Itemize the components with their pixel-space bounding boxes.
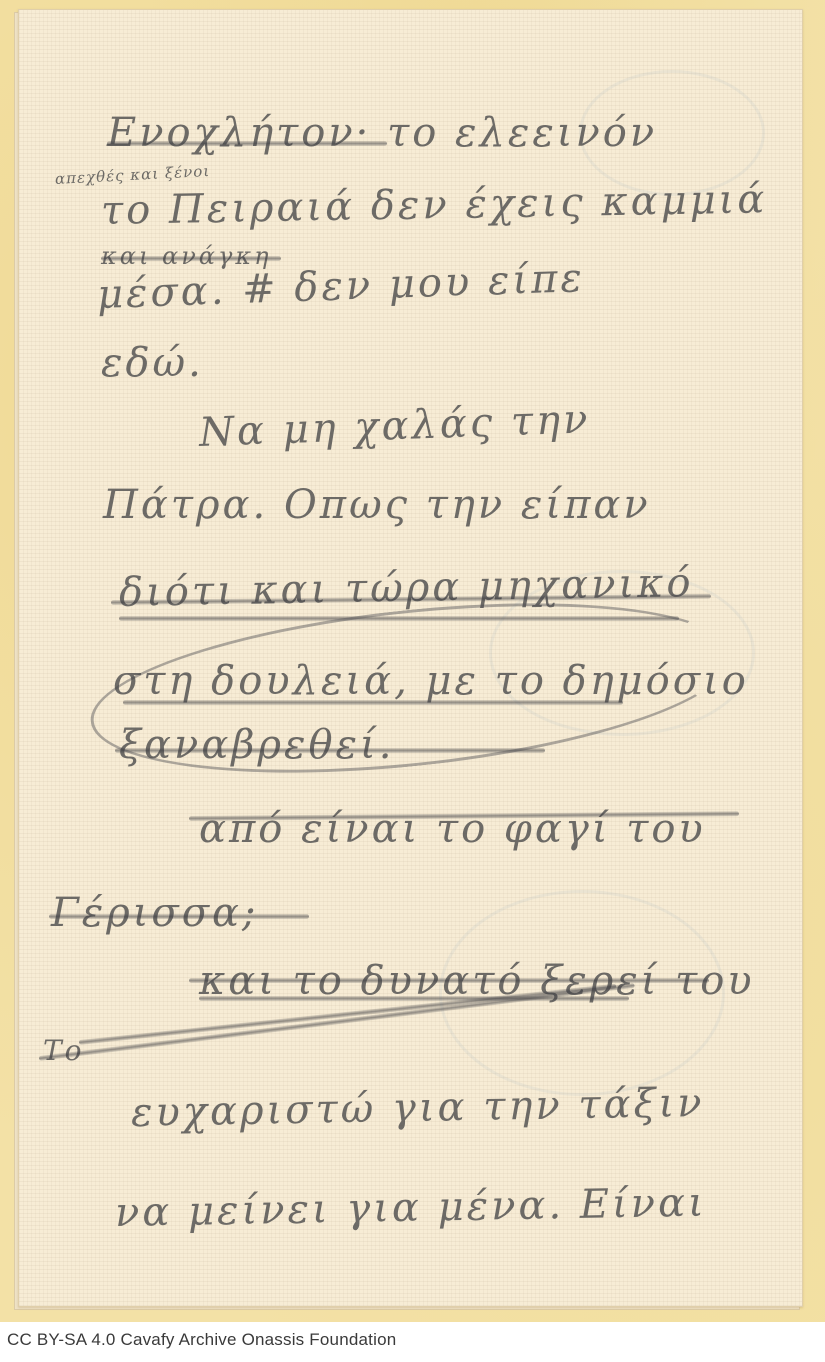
strike-through (123, 700, 623, 705)
strike-through (199, 996, 629, 1001)
strike-through (115, 748, 545, 753)
strike-through (107, 141, 387, 146)
strike-through (101, 256, 281, 261)
manuscript-line-4: εδώ. (101, 340, 204, 386)
manuscript-line-2: το Πειραιά δεν έχεις καμμιά (101, 176, 768, 234)
manuscript-line-15: να μείνει για μένα. Είναι (115, 1180, 708, 1236)
manuscript-line-8: στη δουλειά, με το δημόσιο (113, 658, 749, 704)
manuscript-interlinear-1: απεχθές και ξένοι (55, 162, 211, 188)
manuscript-line-14: ευχαριστώ για την τάξιν (131, 1080, 705, 1136)
license-caption: CC BY-SA 4.0 Cavafy Archive Onassis Foun… (7, 1330, 396, 1350)
manuscript-line-5: Να μη χαλάς την (198, 396, 591, 456)
strike-through (49, 914, 309, 919)
manuscript-page: Ενοχλήτον· το ελεεινόν απεχθές και ξένοι… (18, 9, 803, 1307)
manuscript-line-6: Πάτρα. Οπως την είπαν (103, 482, 651, 528)
manuscript-line-11: Γέρισσα; (51, 890, 259, 936)
manuscript-line-1: Ενοχλήτον· το ελεεινόν (107, 110, 657, 156)
manuscript-line-9: ξαναβρεθεί. (119, 722, 394, 768)
